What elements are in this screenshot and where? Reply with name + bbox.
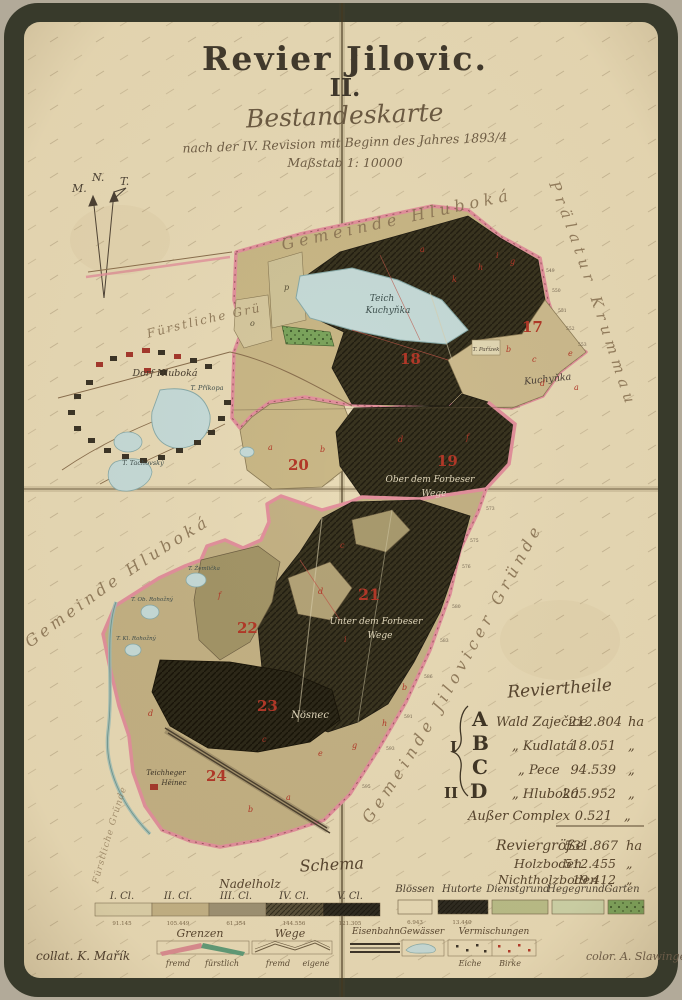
paper-vignette [24, 22, 658, 978]
paper-stain [500, 600, 620, 680]
map-canvas: Revier Jilovic. II. Bestandeskarte nach … [0, 0, 682, 1000]
paper-stain [70, 205, 170, 275]
scanned-map-sheet: Revier Jilovic. II. Bestandeskarte nach … [0, 0, 682, 1000]
